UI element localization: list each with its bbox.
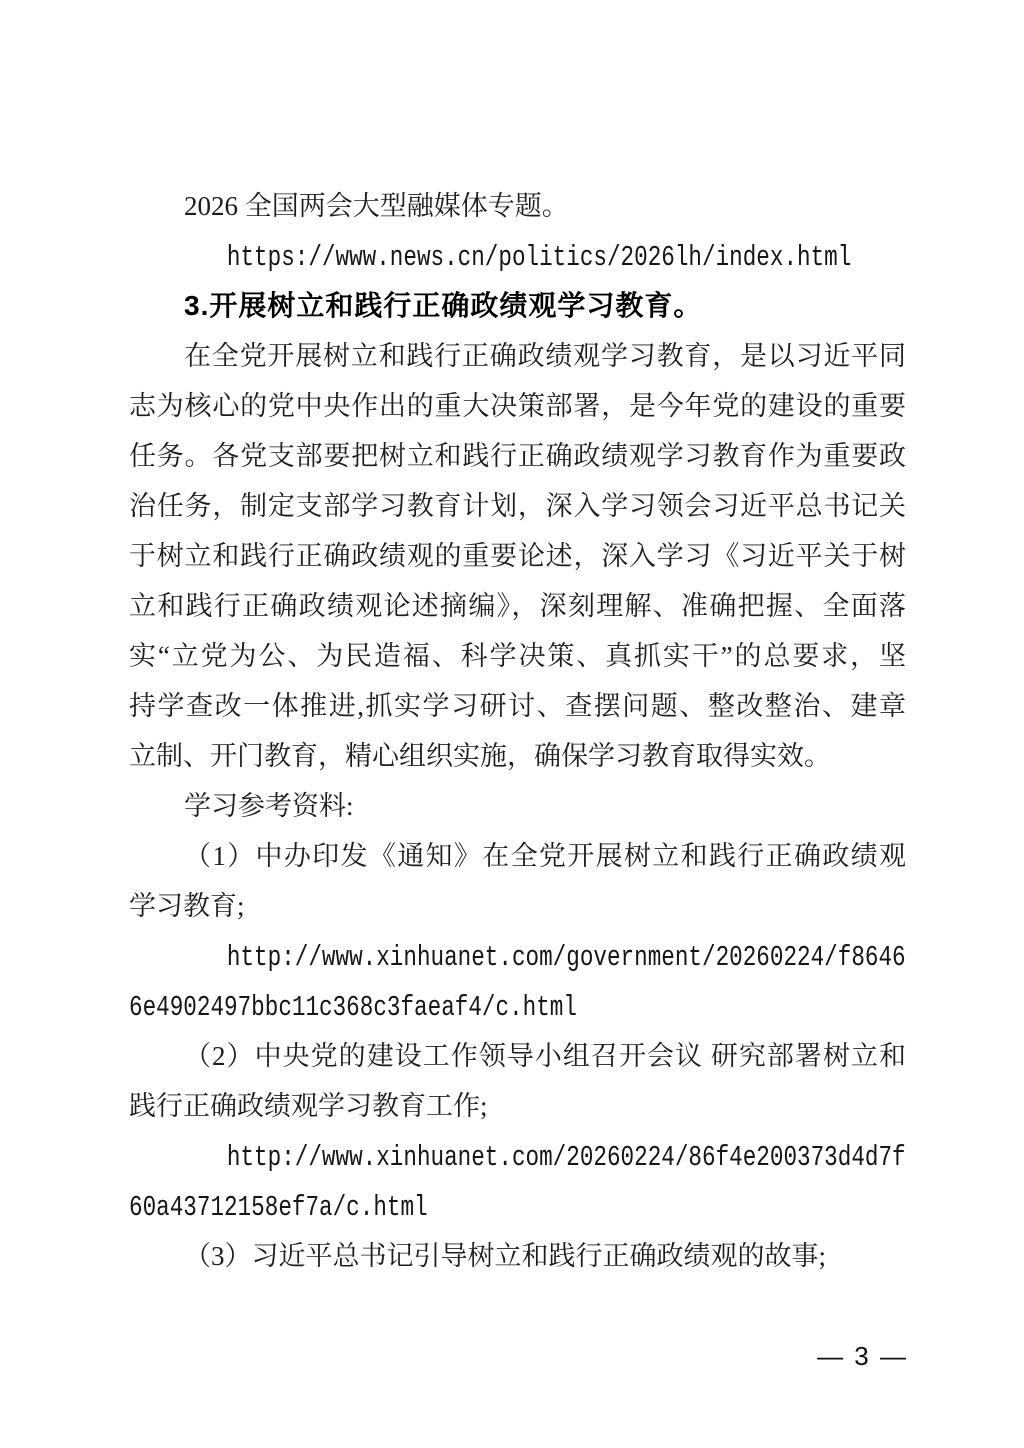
paragraph-line: 任务。各党支部要把树立和践行正确政绩观学习教育作为重要政 [129,431,906,481]
reference-item-line: 践行正确政绩观学习教育工作; [129,1081,906,1131]
paragraph-line: 治任务，制定支部学习教育计划，深入学习领会习近平总书记关 [129,481,906,531]
document-body: 2026 全国两会大型融媒体专题。 https://www.news.cn/po… [129,181,906,1281]
reference-item-line: 学习教育; [129,881,906,931]
paragraph-line: 立制、开门教育，精心组织实施，确保学习教育取得实效。 [129,731,906,781]
reference-item-line: （2）中央党的建设工作领导小组召开会议 研究部署树立和 [129,1031,906,1081]
url-line: https://www.news.cn/politics/2026lh/inde… [129,231,906,281]
url-text: 6e4902497bbc11c368c3faeaf4/c.html [129,983,577,1031]
paragraph-line: 实“立党为公、为民造福、科学决策、真抓实干”的总要求，坚 [129,631,906,681]
url-text: https://www.news.cn/politics/2026lh/inde… [184,233,851,281]
reference-list-title: 学习参考资料: [129,781,906,831]
url-line: http://www.xinhuanet.com/20260224/86f4e2… [129,1131,906,1181]
url-text: http://www.xinhuanet.com/government/2026… [184,933,906,981]
paragraph-line: 在全党开展树立和践行正确政绩观学习教育，是以习近平同 [129,331,906,381]
url-line: 60a43712158ef7a/c.html [129,1181,906,1231]
url-text: 60a43712158ef7a/c.html [129,1183,428,1231]
paragraph-line: 2026 全国两会大型融媒体专题。 [129,181,906,231]
section-heading: 3.开展树立和践行正确政绩观学习教育。 [129,281,906,331]
reference-item-line: （3）习近平总书记引导树立和践行正确政绩观的故事; [129,1231,906,1281]
document-page: 2026 全国两会大型融媒体专题。 https://www.news.cn/po… [0,0,1024,1448]
reference-item-line: （1）中办印发《通知》在全党开展树立和践行正确政绩观 [129,831,906,881]
paragraph-line: 立和践行正确政绩观论述摘编》，深刻理解、准确把握、全面落 [129,581,906,631]
page-number: — 3 — [817,1336,908,1376]
paragraph-line: 志为核心的党中央作出的重大决策部署，是今年党的建设的重要 [129,381,906,431]
url-line: 6e4902497bbc11c368c3faeaf4/c.html [129,981,906,1031]
url-line: http://www.xinhuanet.com/government/2026… [129,931,906,981]
paragraph-line: 持学查改一体推进,抓实学习研讨、查摆问题、整改整治、建章 [129,681,906,731]
paragraph-line: 于树立和践行正确政绩观的重要论述，深入学习《习近平关于树 [129,531,906,581]
url-text: http://www.xinhuanet.com/20260224/86f4e2… [184,1133,906,1181]
